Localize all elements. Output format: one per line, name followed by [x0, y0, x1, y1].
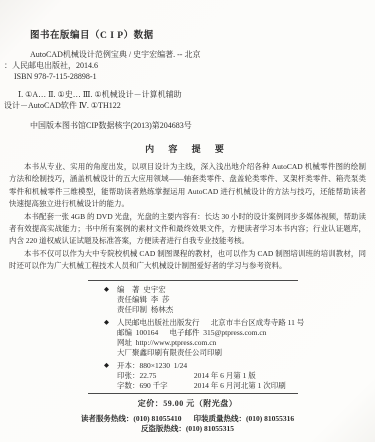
diamond-bullet-icon [104, 371, 117, 381]
diamond-bullet-icon: ◆ [104, 285, 117, 295]
diamond-bullet-icon [104, 348, 117, 358]
colophon-row-text: 邮编 100164 电子邮件 315@ptpress.com.cn [117, 328, 266, 338]
cip-publisher-line: ：人民邮电出版社，2014.6 [4, 61, 367, 72]
print-quality-hotline: 印装质量热线：(010) 81055316 [194, 414, 295, 423]
colophon-row-text: 编 著 史宇宏 [117, 285, 166, 295]
cip-record-block: AutoCAD机械设计范例宝典 / 史宇宏编著. -- 北京 ：人民邮电出版社，… [0, 41, 375, 112]
cip-registry-number: 中国版本图书馆CIP数据核字(2013)第204683号 [0, 112, 375, 131]
diamond-bullet-icon [104, 295, 117, 305]
colophon-row-text: 字数：690 千字 2014 年 6 月河北第 1 次印刷 [117, 381, 286, 391]
colophon-row: 网址 http://www.ptpress.com.cn [104, 338, 375, 348]
summary-body: 本书从专业、实用的角度出发，以项目设计为主线，深入浅出地介绍各种 AutoCAD… [9, 161, 366, 273]
colophon-row: 邮编 100164 电子邮件 315@ptpress.com.cn [104, 328, 375, 338]
cip-heading: 图书在版编目（C I P）数据 [0, 0, 375, 41]
colophon-row-text: 印张：22.75 2014 年 6 月第 1 版 [117, 371, 256, 381]
diamond-bullet-icon: ◆ [104, 361, 117, 371]
colophon-row-text: 大厂聚鑫印刷有限责任公司印刷 [117, 348, 222, 358]
colophon-row: 字数：690 千字 2014 年 6 月河北第 1 次印刷 [104, 381, 375, 391]
colophon-row-text: 责任印制 杨林杰 [117, 305, 173, 315]
colophon-row: ◆编 著 史宇宏 [104, 285, 375, 295]
diamond-bullet-icon: ◆ [104, 318, 117, 328]
colophon-row: 印张：22.75 2014 年 6 月第 1 版 [104, 371, 375, 381]
summary-paragraph: 本书不仅可以作为大中专院校机械 CAD 制图课程的教材，也可以作为 CAD 制图… [9, 248, 366, 273]
summary-paragraph: 本书配套一张 4GB 的 DVD 光盘，光盘的主要内容有：长达 30 小时的设计… [9, 211, 366, 248]
reader-service-hotline: 读者服务热线：(010) 81055410 [81, 414, 182, 423]
colophon-row-text: 开本：880×1230 1/24 [117, 361, 187, 371]
diamond-bullet-icon [104, 305, 117, 315]
colophon-row: ◆开本：880×1230 1/24 [104, 361, 375, 371]
colophon-row-text: 人民邮电出版社出版发行 北京市丰台区成寿寺路 11 号 [117, 318, 304, 328]
summary-heading: 内 容 提 要 [0, 142, 375, 155]
cip-classification-line-1: Ⅰ. ①A… Ⅱ. ①史… Ⅲ. ①机械设计－计算机辅助 [4, 90, 367, 101]
colophon-block: ◆编 著 史宇宏 责任编辑 李 莎 责任印制 杨林杰 ◆人民邮电出版社出版发行 … [104, 285, 375, 392]
cip-title-line: AutoCAD机械设计范例宝典 / 史宇宏编著. -- 北京 [4, 50, 367, 61]
colophon-row: 责任印制 杨林杰 [104, 305, 375, 315]
book-copyright-page: 图书在版编目（C I P）数据 AutoCAD机械设计范例宝典 / 史宇宏编著.… [0, 0, 375, 442]
colophon-row-text: 网址 http://www.ptpress.com.cn [117, 338, 216, 348]
divider-rule-top [88, 280, 298, 281]
diamond-bullet-icon [104, 381, 117, 391]
colophon-row: 大厂聚鑫印刷有限责任公司印刷 [104, 348, 375, 358]
diamond-bullet-icon [104, 328, 117, 338]
hotline-row: 读者服务热线：(010) 81055410印装质量热线：(010) 810553… [0, 414, 375, 425]
diamond-bullet-icon [104, 338, 117, 348]
colophon-row: ◆人民邮电出版社出版发行 北京市丰台区成寿寺路 11 号 [104, 318, 375, 328]
cip-classification-line-2: 设计－AutoCAD软件 Ⅳ. ①TH122 [4, 101, 367, 112]
anti-piracy-hotline: 反盗版热线：(010) 81055315 [0, 424, 375, 435]
cip-isbn: ISBN 978-7-115-28898-1 [4, 72, 367, 83]
colophon-row: 责任编辑 李 莎 [104, 295, 375, 305]
price-line: 定价：59.00 元（附光盘） [0, 398, 375, 409]
colophon-row-text: 责任编辑 李 莎 [117, 295, 170, 305]
divider-rule-bottom [88, 393, 298, 394]
summary-paragraph: 本书从专业、实用的角度出发，以项目设计为主线，深入浅出地介绍各种 AutoCAD… [9, 161, 366, 211]
